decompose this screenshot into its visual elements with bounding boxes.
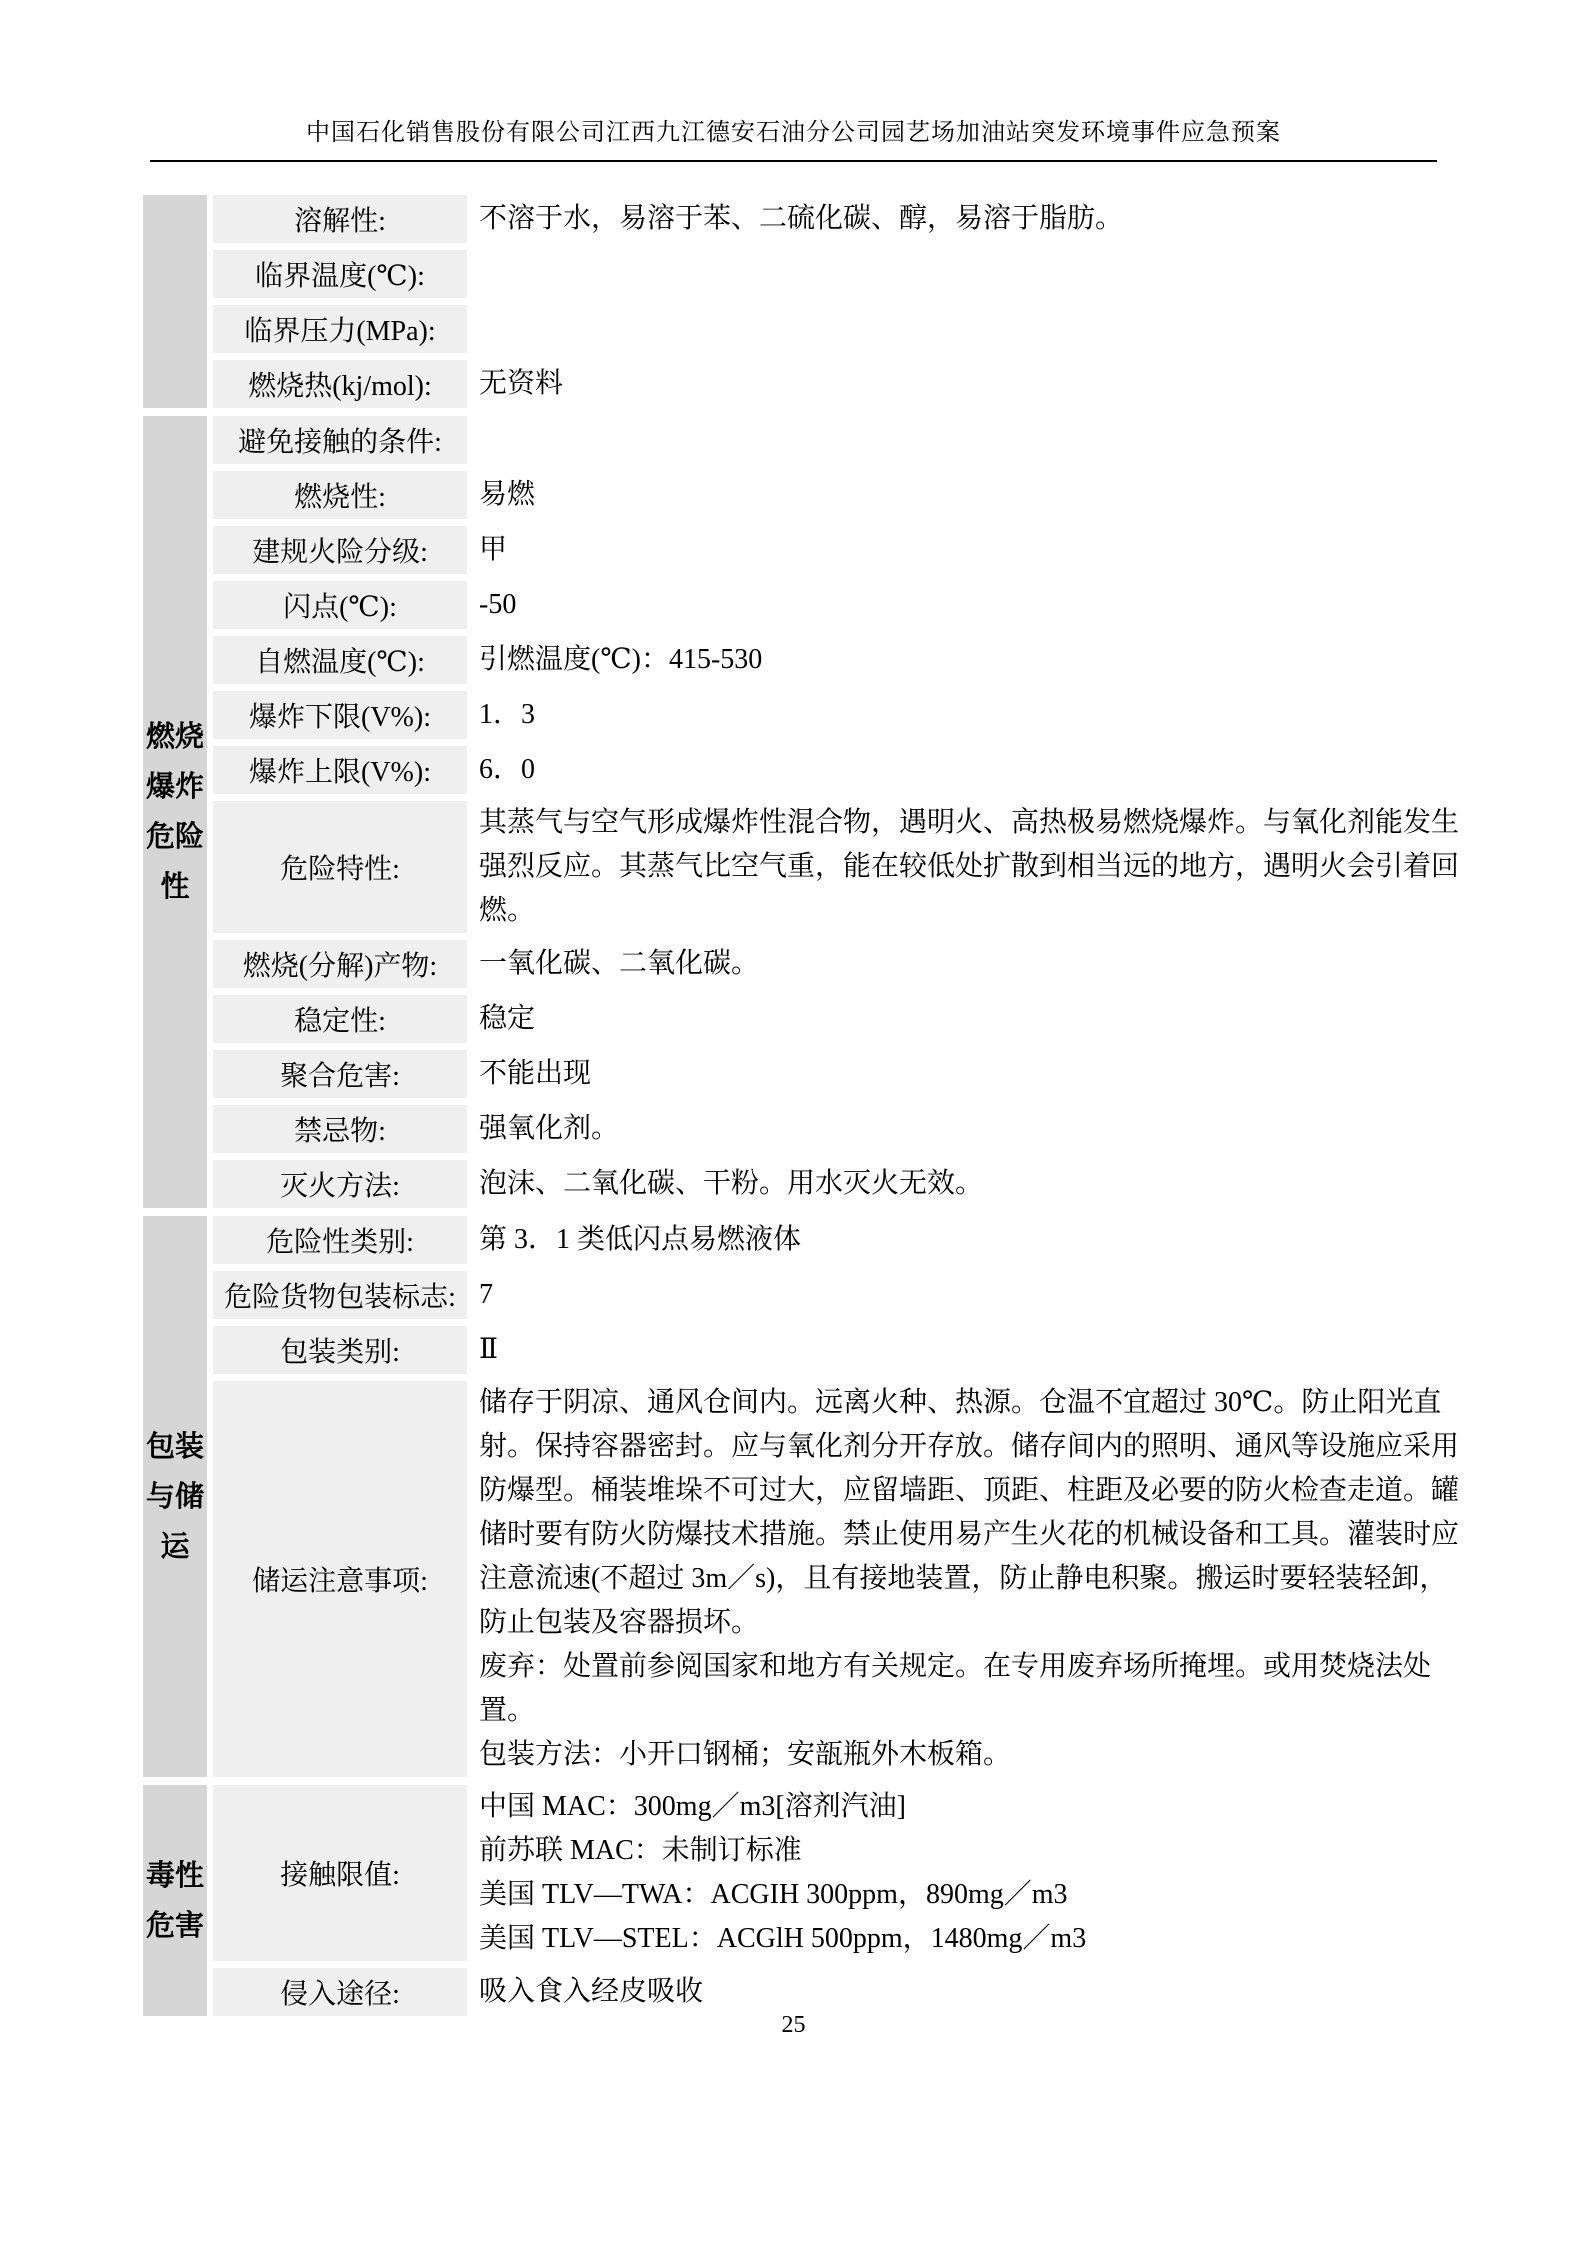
table-row: 爆炸上限(V%): 6．0 [213, 746, 1473, 794]
row-label: 爆炸上限(V%): [213, 746, 467, 794]
row-label: 溶解性: [213, 195, 467, 243]
row-value: 引燃温度(℃)：415-530 [467, 636, 762, 684]
row-value: 第 3．1 类低闪点易燃液体 [467, 1216, 801, 1264]
row-value: 储存于阴凉、通风仓间内。远离火种、热源。仓温不宜超过 30℃。防止阳光直射。保持… [467, 1381, 1473, 1777]
row-label: 燃烧热(kj/mol): [213, 360, 467, 408]
row-label: 灭火方法: [213, 1160, 467, 1208]
table-row: 燃烧性: 易燃 [213, 471, 1473, 519]
row-label: 自燃温度(℃): [213, 636, 467, 684]
row-value: 不能出现 [467, 1050, 591, 1098]
table-row: 灭火方法: 泡沫、二氧化碳、干粉。用水灭火无效。 [213, 1160, 1473, 1208]
row-value: 吸入食入经皮吸收 [467, 1968, 703, 2016]
section-fire-explosion-hazard: 燃烧 爆炸 危险 性 避免接触的条件: 燃烧性: 易燃 建规火险分级: 甲 [143, 416, 1473, 1208]
value-paragraph: 美国 TLV—TWA：ACGIH 300ppm，890mg／m3 [479, 1873, 1086, 1917]
table-row: 危险货物包装标志: 7 [213, 1271, 1473, 1319]
table-row: 爆炸下限(V%): 1．3 [213, 691, 1473, 739]
value-paragraph: 美国 TLV—STEL：ACGlH 500ppm，1480mg／m3 [479, 1917, 1086, 1961]
table-row: 自燃温度(℃): 引燃温度(℃)：415-530 [213, 636, 1473, 684]
row-label: 避免接触的条件: [213, 416, 467, 464]
row-value: 7 [467, 1271, 493, 1319]
document-page: 中国石化销售股份有限公司江西九江德安石油分公司园艺场加油站突发环境事件应急预案 … [0, 0, 1587, 2245]
row-value: 中国 MAC：300mg／m3[溶剂汽油] 前苏联 MAC：未制订标准 美国 T… [467, 1785, 1086, 1961]
row-label: 爆炸下限(V%): [213, 691, 467, 739]
header-title: 中国石化销售股份有限公司江西九江德安石油分公司园艺场加油站突发环境事件应急预案 [0, 112, 1587, 147]
row-label: 稳定性: [213, 995, 467, 1043]
table-row: 接触限值: 中国 MAC：300mg／m3[溶剂汽油] 前苏联 MAC：未制订标… [213, 1785, 1473, 1961]
row-label: 危险货物包装标志: [213, 1271, 467, 1319]
row-value: 稳定 [467, 995, 535, 1043]
header-divider [150, 160, 1437, 162]
row-label: 闪点(℃): [213, 581, 467, 629]
row-label: 储运注意事项: [213, 1381, 467, 1777]
row-value: 一氧化碳、二氧化碳。 [467, 940, 759, 988]
row-value: -50 [467, 581, 516, 629]
row-label: 临界温度(℃): [213, 250, 467, 298]
section-toxicity-hazard: 毒性 危害 接触限值: 中国 MAC：300mg／m3[溶剂汽油] 前苏联 MA… [143, 1785, 1473, 2016]
table-row: 稳定性: 稳定 [213, 995, 1473, 1043]
table-row: 燃烧(分解)产物: 一氧化碳、二氧化碳。 [213, 940, 1473, 988]
table-row: 危险特性: 其蒸气与空气形成爆炸性混合物，遇明火、高热极易燃烧爆炸。与氧化剂能发… [213, 801, 1473, 933]
table-row: 禁忌物: 强氧化剂。 [213, 1105, 1473, 1153]
section-physical-properties: 溶解性: 不溶于水，易溶于苯、二硫化碳、醇，易溶于脂肪。 临界温度(℃): 临界… [143, 195, 1473, 408]
table-row: 临界压力(MPa): [213, 305, 1473, 353]
section-category-label: 毒性 危害 [143, 1785, 207, 2016]
row-label: 禁忌物: [213, 1105, 467, 1153]
row-label: 包装类别: [213, 1326, 467, 1374]
table-row: 闪点(℃): -50 [213, 581, 1473, 629]
section-packaging-storage: 包装 与储 运 危险性类别: 第 3．1 类低闪点易燃液体 危险货物包装标志: … [143, 1216, 1473, 1777]
row-value: 泡沫、二氧化碳、干粉。用水灭火无效。 [467, 1160, 983, 1208]
msds-properties-table: 溶解性: 不溶于水，易溶于苯、二硫化碳、醇，易溶于脂肪。 临界温度(℃): 临界… [143, 195, 1473, 2016]
table-row: 储运注意事项: 储存于阴凉、通风仓间内。远离火种、热源。仓温不宜超过 30℃。防… [213, 1381, 1473, 1777]
table-row: 聚合危害: 不能出现 [213, 1050, 1473, 1098]
value-paragraph: 包装方法：小开口钢桶；安瓿瓶外木板箱。 [479, 1733, 1473, 1777]
row-value: Ⅱ [467, 1326, 498, 1374]
row-label: 建规火险分级: [213, 526, 467, 574]
row-value: 6．0 [467, 746, 535, 794]
row-value [467, 250, 479, 298]
table-row: 溶解性: 不溶于水，易溶于苯、二硫化碳、醇，易溶于脂肪。 [213, 195, 1473, 243]
table-row: 危险性类别: 第 3．1 类低闪点易燃液体 [213, 1216, 1473, 1264]
section-category-label: 燃烧 爆炸 危险 性 [143, 416, 207, 1208]
row-value [467, 416, 479, 464]
value-paragraph: 中国 MAC：300mg／m3[溶剂汽油] [479, 1785, 1086, 1829]
table-row: 包装类别: Ⅱ [213, 1326, 1473, 1374]
row-value: 甲 [467, 526, 507, 574]
row-label: 危险性类别: [213, 1216, 467, 1264]
table-row: 侵入途径: 吸入食入经皮吸收 [213, 1968, 1473, 2016]
row-label: 燃烧性: [213, 471, 467, 519]
row-value: 其蒸气与空气形成爆炸性混合物，遇明火、高热极易燃烧爆炸。与氧化剂能发生强烈反应。… [467, 801, 1473, 933]
row-label: 临界压力(MPa): [213, 305, 467, 353]
table-row: 建规火险分级: 甲 [213, 526, 1473, 574]
value-paragraph: 储存于阴凉、通风仓间内。远离火种、热源。仓温不宜超过 30℃。防止阳光直射。保持… [479, 1381, 1473, 1645]
row-label: 危险特性: [213, 801, 467, 933]
row-label: 侵入途径: [213, 1968, 467, 2016]
section-category-label: 包装 与储 运 [143, 1216, 207, 1777]
value-paragraph: 前苏联 MAC：未制订标准 [479, 1829, 1086, 1873]
row-value [467, 305, 479, 353]
row-value: 不溶于水，易溶于苯、二硫化碳、醇，易溶于脂肪。 [467, 195, 1123, 243]
section-category-label [143, 195, 207, 408]
row-value: 易燃 [467, 471, 535, 519]
table-row: 避免接触的条件: [213, 416, 1473, 464]
row-value: 无资料 [467, 360, 563, 408]
row-value: 强氧化剂。 [467, 1105, 619, 1153]
row-label: 接触限值: [213, 1785, 467, 1961]
value-paragraph: 废弃：处置前参阅国家和地方有关规定。在专用废弃场所掩埋。或用焚烧法处置。 [479, 1645, 1473, 1733]
table-row: 临界温度(℃): [213, 250, 1473, 298]
table-row: 燃烧热(kj/mol): 无资料 [213, 360, 1473, 408]
row-label: 燃烧(分解)产物: [213, 940, 467, 988]
row-label: 聚合危害: [213, 1050, 467, 1098]
page-number: 25 [0, 2012, 1587, 2039]
row-value: 1．3 [467, 691, 535, 739]
